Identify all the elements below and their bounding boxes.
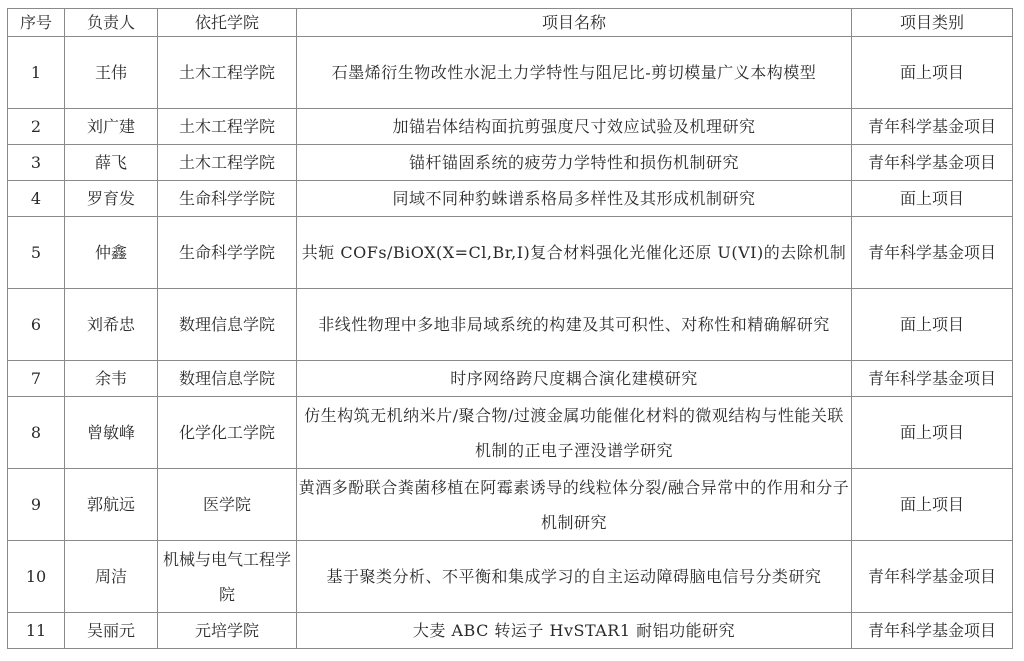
cell-no: 9 — [8, 469, 65, 541]
cell-person: 周洁 — [65, 541, 158, 613]
cell-person: 曾敏峰 — [65, 397, 158, 469]
cell-no: 8 — [8, 397, 65, 469]
cell-college: 生命科学学院 — [158, 181, 297, 217]
table-row: 3 薛飞 土木工程学院 锚杆锚固系统的疲劳力学特性和损伤机制研究 青年科学基金项… — [8, 145, 1013, 181]
projects-table: 序号 负责人 依托学院 项目名称 项目类别 1 王伟 土木工程学院 石墨烯衍生物… — [7, 8, 1013, 649]
cell-person: 王伟 — [65, 37, 158, 109]
cell-type: 面上项目 — [852, 289, 1013, 361]
cell-type: 面上项目 — [852, 397, 1013, 469]
cell-title: 仿生构筑无机纳米片/聚合物/过渡金属功能催化材料的微观结构与性能关联机制的正电子… — [297, 397, 852, 469]
table-row: 5 仲鑫 生命科学学院 共轭 COFs/BiOX(X=Cl,Br,I)复合材料强… — [8, 217, 1013, 289]
cell-no: 4 — [8, 181, 65, 217]
cell-person: 薛飞 — [65, 145, 158, 181]
cell-type: 面上项目 — [852, 181, 1013, 217]
cell-college: 生命科学学院 — [158, 217, 297, 289]
cell-no: 7 — [8, 361, 65, 397]
cell-type: 青年科学基金项目 — [852, 613, 1013, 649]
cell-person: 刘希忠 — [65, 289, 158, 361]
header-row: 序号 负责人 依托学院 项目名称 项目类别 — [8, 9, 1013, 37]
cell-no: 6 — [8, 289, 65, 361]
cell-person: 郭航远 — [65, 469, 158, 541]
cell-title: 同域不同种豹蛛谱系格局多样性及其形成机制研究 — [297, 181, 852, 217]
cell-title: 共轭 COFs/BiOX(X=Cl,Br,I)复合材料强化光催化还原 U(VI)… — [297, 217, 852, 289]
table-row: 1 王伟 土木工程学院 石墨烯衍生物改性水泥土力学特性与阻尼比-剪切模量广义本构… — [8, 37, 1013, 109]
cell-person: 吴丽元 — [65, 613, 158, 649]
header-no: 序号 — [8, 9, 65, 37]
header-college: 依托学院 — [158, 9, 297, 37]
cell-person: 刘广建 — [65, 109, 158, 145]
cell-person: 罗育发 — [65, 181, 158, 217]
cell-no: 3 — [8, 145, 65, 181]
cell-title: 锚杆锚固系统的疲劳力学特性和损伤机制研究 — [297, 145, 852, 181]
header-type: 项目类别 — [852, 9, 1013, 37]
table-row: 10 周洁 机械与电气工程学院 基于聚类分析、不平衡和集成学习的自主运动障碍脑电… — [8, 541, 1013, 613]
cell-college: 数理信息学院 — [158, 361, 297, 397]
cell-type: 青年科学基金项目 — [852, 541, 1013, 613]
cell-no: 5 — [8, 217, 65, 289]
cell-no: 1 — [8, 37, 65, 109]
cell-title: 时序网络跨尺度耦合演化建模研究 — [297, 361, 852, 397]
cell-no: 10 — [8, 541, 65, 613]
cell-title: 黄酒多酚联合粪菌移植在阿霉素诱导的线粒体分裂/融合异常中的作用和分子机制研究 — [297, 469, 852, 541]
cell-title: 非线性物理中多地非局域系统的构建及其可积性、对称性和精确解研究 — [297, 289, 852, 361]
cell-college: 元培学院 — [158, 613, 297, 649]
header-person: 负责人 — [65, 9, 158, 37]
cell-type: 青年科学基金项目 — [852, 361, 1013, 397]
cell-type: 青年科学基金项目 — [852, 145, 1013, 181]
cell-type: 面上项目 — [852, 37, 1013, 109]
cell-college: 化学化工学院 — [158, 397, 297, 469]
cell-type: 面上项目 — [852, 469, 1013, 541]
cell-no: 11 — [8, 613, 65, 649]
cell-title: 加锚岩体结构面抗剪强度尺寸效应试验及机理研究 — [297, 109, 852, 145]
table-row: 7 余韦 数理信息学院 时序网络跨尺度耦合演化建模研究 青年科学基金项目 — [8, 361, 1013, 397]
table-row: 6 刘希忠 数理信息学院 非线性物理中多地非局域系统的构建及其可积性、对称性和精… — [8, 289, 1013, 361]
table-row: 9 郭航远 医学院 黄酒多酚联合粪菌移植在阿霉素诱导的线粒体分裂/融合异常中的作… — [8, 469, 1013, 541]
cell-college: 机械与电气工程学院 — [158, 541, 297, 613]
cell-title: 基于聚类分析、不平衡和集成学习的自主运动障碍脑电信号分类研究 — [297, 541, 852, 613]
cell-college: 数理信息学院 — [158, 289, 297, 361]
table-row: 8 曾敏峰 化学化工学院 仿生构筑无机纳米片/聚合物/过渡金属功能催化材料的微观… — [8, 397, 1013, 469]
cell-no: 2 — [8, 109, 65, 145]
cell-type: 青年科学基金项目 — [852, 217, 1013, 289]
table-row: 2 刘广建 土木工程学院 加锚岩体结构面抗剪强度尺寸效应试验及机理研究 青年科学… — [8, 109, 1013, 145]
cell-college: 土木工程学院 — [158, 109, 297, 145]
cell-title: 石墨烯衍生物改性水泥土力学特性与阻尼比-剪切模量广义本构模型 — [297, 37, 852, 109]
cell-person: 仲鑫 — [65, 217, 158, 289]
table-row: 11 吴丽元 元培学院 大麦 ABC 转运子 HvSTAR1 耐铝功能研究 青年… — [8, 613, 1013, 649]
cell-type: 青年科学基金项目 — [852, 109, 1013, 145]
cell-title: 大麦 ABC 转运子 HvSTAR1 耐铝功能研究 — [297, 613, 852, 649]
cell-college: 土木工程学院 — [158, 37, 297, 109]
cell-college: 医学院 — [158, 469, 297, 541]
header-title: 项目名称 — [297, 9, 852, 37]
table-row: 4 罗育发 生命科学学院 同域不同种豹蛛谱系格局多样性及其形成机制研究 面上项目 — [8, 181, 1013, 217]
cell-person: 余韦 — [65, 361, 158, 397]
cell-college: 土木工程学院 — [158, 145, 297, 181]
